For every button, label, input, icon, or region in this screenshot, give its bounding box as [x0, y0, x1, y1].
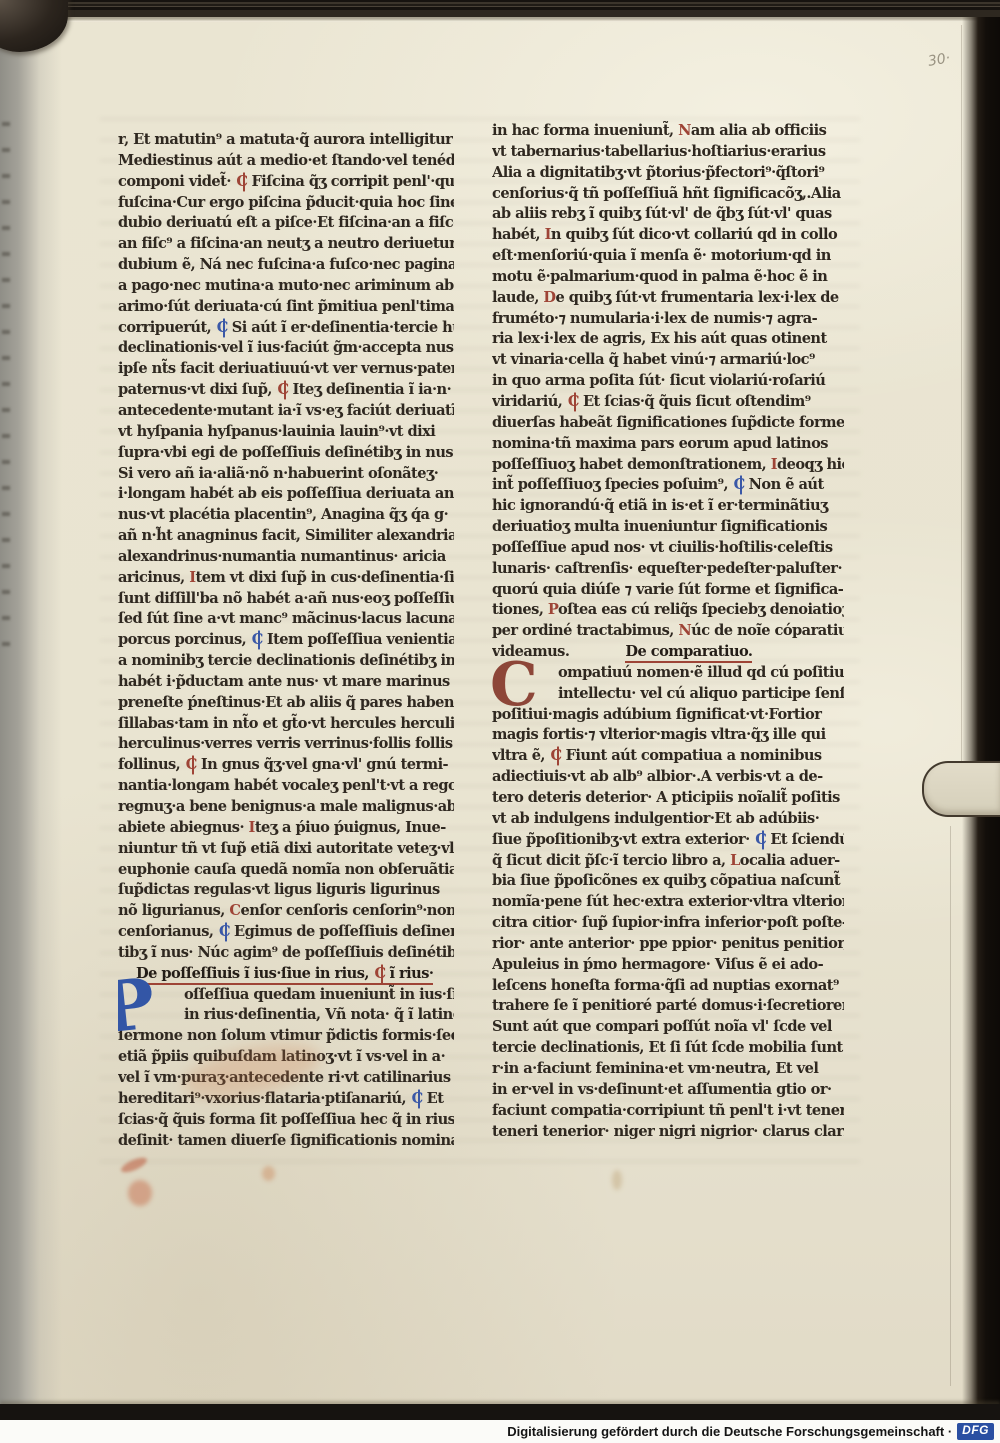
text-line: ſcias·q̃ q̃uis forma ſit poſſeſſiua hec … — [118, 1110, 454, 1131]
red-paragraph-mark: C — [186, 755, 197, 777]
text-line: De poſſeſſiuis ĩ ius·ſiue in rius, Cĩ ri… — [118, 964, 454, 985]
red-touched-letter: I — [545, 226, 551, 243]
text-line: in quo arma poſita ſút· ſicut violariú·r… — [492, 371, 844, 392]
text-line: intellectu· vel cú aliquo participe ſenſ… — [492, 684, 844, 705]
red-paragraph-mark: C — [374, 963, 385, 985]
text-line: etiã p̃piis quibuſdam latinoʒ·vt ĩ vs·ve… — [118, 1047, 454, 1068]
text-line: r, Et matutin⁹ a matuta·q̃ aurora intell… — [118, 130, 454, 151]
text-line: a pago·nec mutina·a muto·nec ariminum ab — [118, 276, 454, 297]
bookmark-tab — [922, 761, 1000, 817]
text-line: diuerſas habeãt ſignificationes ſup̃dict… — [492, 413, 844, 434]
text-line: ſupra·vbi egi de poſſeſſiuis deſinétibʒ … — [118, 443, 454, 464]
rubricated-heading: De comparatiuo. — [625, 643, 752, 663]
text-line: tiones, Poſtea eas cú reliq̃s ſpeciebʒ d… — [492, 600, 844, 621]
red-paragraph-mark: C — [568, 391, 579, 413]
text-line: rior· ante anterior· ppe ppior· penitus … — [492, 934, 844, 955]
text-line: trahere ſe ĩ penitioré parté domus·i·ſec… — [492, 996, 844, 1017]
text-line: alexandrinus·numantia numantinus· aricia — [118, 547, 454, 568]
text-line: ria lex·i·lex de agris, Ex his aút quas … — [492, 329, 844, 350]
rubricated-heading: De poſſeſſiuis ĩ ius·ſiue in rius, Cĩ ri… — [136, 965, 433, 985]
red-touched-letter: N — [678, 122, 691, 139]
text-line: Alia a dignitatibʒ·vt p̃torius·p̃fectori… — [492, 163, 844, 184]
text-line: ſillabas·tam in nt̃o et gt̃o·vt hercules… — [118, 714, 454, 735]
blue-paragraph-mark: C — [734, 475, 745, 497]
red-touched-letter: C — [229, 902, 240, 919]
text-line: bia ſiue p̃poſicõnes ex quibʒ cõpatiua n… — [492, 871, 844, 892]
text-line: poſſeſſiuoʒ habet demonſtrationem, Ideoq… — [492, 455, 844, 476]
text-line: declinationis·vel ĩ ius·faciút g̃m·accep… — [118, 338, 454, 359]
text-line: in rius·deſinentia, Vñ nota· q̃ ĩ latino — [118, 1005, 454, 1026]
text-line: arimo·ſút deriuata·cú ſint p̃mitiua penl… — [118, 297, 454, 318]
initial-block: Compatiuú nomen·ẽ illud qd cú poſitiuiin… — [492, 663, 844, 705]
text-line: teneri tenerior· niger nigri nigrior· cl… — [492, 1122, 844, 1143]
text-line: a nominibʒ tercie declinationis deſinéti… — [118, 651, 454, 672]
red-paragraph-mark: C — [551, 746, 562, 768]
text-line: an fiſc⁹ a fiſcina·an neutʒ a neutro der… — [118, 234, 454, 255]
text-line: porcus porcinus, CItem poſſeſſiua venien… — [118, 630, 454, 651]
text-line: nantia·longam habét vocaleʒ penl't·vt a … — [118, 776, 454, 797]
text-line: quorú quia diúſe ⁊ varie ſút forme et ſi… — [492, 580, 844, 601]
text-line: leſcens honeſta forma·q̃ſi ad nuptias ex… — [492, 976, 844, 997]
text-line: paternus·vt dixi ſup̃, CIteʒ deſinentia … — [118, 380, 454, 401]
text-line: hic ignorandú·q̃ etiã in is·et ĩ er·term… — [492, 496, 844, 517]
text-line: niuntur tñ vt ſup̃ etiã dixi autoritate … — [118, 839, 454, 860]
text-line: follinus, CIn gnus q̃ʒ·vel gna·vl' gnú t… — [118, 755, 454, 776]
text-line: eſt·menſoriú·quia ĩ menſa ẽ· motorium·qd… — [492, 246, 844, 267]
text-line: añ n·h̃t anagninus facit, Similiter alex… — [118, 526, 454, 547]
text-line: faciunt compatia·corripiunt tñ penl't i·… — [492, 1101, 844, 1122]
text-line: nus·vt placétia placentin⁹, Anagina q̃ʒ … — [118, 505, 454, 526]
text-line: Sunt aút que compari poſſút noĩa vl' ſcd… — [492, 1017, 844, 1038]
text-line: lunaris· caſtrenſis· equeſter·pedeſter·p… — [492, 559, 844, 580]
text-line: Si vero añ ia·aliã·nõ n·habuerint oſonãt… — [118, 464, 454, 485]
text-line: ſermone non ſolum vtimur p̃dictis formis… — [118, 1026, 454, 1047]
text-line: Apuleius in ṕmo hermagore· Viſus ẽ ei ad… — [492, 955, 844, 976]
text-line: regnuʒ·a bene benignus·a male malignus·a… — [118, 797, 454, 818]
text-line: euphonie cauſa quedã nomĩa non obſeruãti… — [118, 860, 454, 881]
text-line: magis fortis·⁊ vlterior·magis vltra·q̃ʒ … — [492, 725, 844, 746]
text-line: int̃ poſſeſſiuoʒ ſpecies poſuim⁹, CNon ẽ… — [492, 475, 844, 496]
red-touched-letter: N — [678, 622, 691, 639]
text-line: nomĩa·pene ſút hec·extra exterior·vltra … — [492, 892, 844, 913]
text-line: ſup̃dictas regulas·vt ligus liguris ligu… — [118, 880, 454, 901]
text-line: aricinus, Item vt dixi ſup̃ in cus·deſin… — [118, 568, 454, 589]
text-line: preneſte ṕneſtinus·Et ab aliis q̃ pares … — [118, 693, 454, 714]
text-line: vt tabernarius·tabellarius·hoſtiarius·er… — [492, 142, 844, 163]
text-line: poſſeſſiue apud nos· vt ciuilis·hoſtilis… — [492, 538, 844, 559]
red-touched-letter: I — [189, 569, 195, 586]
book-top-edge — [0, 0, 1000, 17]
book-fore-edge — [962, 17, 1000, 1407]
text-line: ompatiuú nomen·ẽ illud qd cú poſitiui — [492, 663, 844, 684]
text-line: q̃ ſicut dicit p̃ſc·ĩ tercio libro a, Lo… — [492, 851, 844, 872]
text-line: ab aliis rebʒ ĩ quibʒ ſút·vl' de q̃bʒ ſú… — [492, 204, 844, 225]
text-line: nõ ligurianus, Cenſor cenſoris cenſorin⁹… — [118, 901, 454, 922]
red-paragraph-mark: C — [236, 171, 247, 193]
red-touched-letter: D — [543, 289, 555, 306]
text-column-left: r, Et matutin⁹ a matuta·q̃ aurora intell… — [118, 130, 454, 1151]
red-touched-letter: L — [730, 852, 740, 869]
illuminated-initial-P: P — [118, 976, 157, 1035]
text-line: in er·vel in vs·deſinunt·et aſſumentia g… — [492, 1080, 844, 1101]
text-line: i·longam habét ab eis poſſeſſiua deriuat… — [118, 484, 454, 505]
text-line: tercie declinationis, Et ſi ſút ſcde mob… — [492, 1038, 844, 1059]
red-touched-letter: I — [771, 456, 777, 473]
text-line: in hac forma inueniunt̃, Nam alia ab off… — [492, 121, 844, 142]
text-line: ſed ſút ſine a·vt manc⁹ mãcinus·lacus la… — [118, 609, 454, 630]
text-line: per ordiné tractabimus, Núc de noĩe cópa… — [492, 621, 844, 642]
text-line: vt ab indulgens indulgentior·Et ab adúbi… — [492, 809, 844, 830]
text-line: citra citior· ſup̃ ſupior·infra inferior… — [492, 913, 844, 934]
text-line: nomina·tñ maxima pars eorum apud latinos — [492, 434, 844, 455]
text-line: fruméto·⁊ numularia·i·lex de numis·⁊ agr… — [492, 309, 844, 330]
text-line: vt vinaria·cella q̃ habet vinú·⁊ armariú… — [492, 350, 844, 371]
blue-paragraph-mark: C — [252, 630, 263, 652]
text-line: hereditari⁹·vxorius·flataria·ptiſanariú,… — [118, 1089, 454, 1110]
text-line: tero deteris deterior· A pticipiis noĩal… — [492, 788, 844, 809]
text-line: fuſcina·Cur ergo piſcina p̃ducit·quia ho… — [118, 193, 454, 214]
text-line: vel ĩ vm·puraʒ·antecedente ri·vt catilin… — [118, 1068, 454, 1089]
text-line: ſunt diſſill'ba nõ habét a·añ nus·eoʒ po… — [118, 589, 454, 610]
text-line: corripuerút, CSi aút ĩ er·deſinentia·ter… — [118, 318, 454, 339]
text-line: cenſorius·q̃ tñ poſſeſſiuã hñt ſignifica… — [492, 184, 844, 205]
text-line: deſinit· tamen diuerſe ſignificationis n… — [118, 1131, 454, 1152]
red-paragraph-mark: C — [277, 380, 288, 402]
text-line: dubium ẽ, Ná nec fuſcina·a fuſco·nec pag… — [118, 255, 454, 276]
text-line: ipſe nt̃s facit deriuatiuuú·vt ver vernu… — [118, 359, 454, 380]
text-line: dubio deriuatú eſt a piſce·Et fiſcina·an… — [118, 213, 454, 234]
blue-paragraph-mark: C — [217, 317, 228, 339]
text-line: oſſeſſiua quedam inueniunt̃ in ius·ſiue — [118, 985, 454, 1006]
digitization-footer: Digitalisierung gefördert durch die Deut… — [0, 1420, 1000, 1443]
dfg-logo: DFG — [957, 1423, 994, 1440]
text-line: vltra ẽ, CFiunt aút compatiua a nominibu… — [492, 746, 844, 767]
book-bottom-edge — [0, 1404, 1000, 1420]
text-line: abiete abiegnus· Iteʒ a ṕiuo ṕuignus, In… — [118, 818, 454, 839]
text-line: laude, De quibʒ ſút·vt frumentaria lex·i… — [492, 288, 844, 309]
gutter-shadow — [0, 12, 62, 1404]
text-line: habét i·p̃ductam ante nus· vt mare marin… — [118, 672, 454, 693]
text-line: antecedente·mutant ia·ĩ vs·eʒ faciút der… — [118, 401, 454, 422]
text-line: habét, In quibʒ ſút dico·vt collariú qd … — [492, 225, 844, 246]
text-line: componi videt̃· CFiſcina q̃ʒ corripit pe… — [118, 172, 454, 193]
text-line: vt hyſpania hyſpanus·lauinia lauin⁹·vt d… — [118, 422, 454, 443]
text-line: deriuatioʒ multa inueniuntur ſignificati… — [492, 517, 844, 538]
illuminated-initial-C: C — [492, 661, 537, 709]
blue-paragraph-mark: C — [412, 1088, 423, 1110]
text-line: motu ẽ·palmarium·quod in palma ẽ·hoc ẽ i… — [492, 267, 844, 288]
text-line: tibʒ ĩ nus· Núc agim⁹ de poſſeſſiuis deſ… — [118, 943, 454, 964]
footer-credit: Digitalisierung gefördert durch die Deut… — [507, 1424, 952, 1439]
text-line: poſitiui·magis adúbium ſignificat·vt·For… — [492, 705, 844, 726]
page-crease-line — [950, 826, 951, 1386]
red-touched-letter: P — [548, 601, 558, 618]
text-line: viridariú, CEt ſcias·q̃ q̃uis ſicut oſte… — [492, 392, 844, 413]
text-line: Mediestinus aút a medio·et ſtando·vel te… — [118, 151, 454, 172]
text-line: cenſorianus, CEgimus de poſſeſſiuis deſi… — [118, 922, 454, 943]
initial-block: Poſſeſſiua quedam inueniunt̃ in ius·ſiue… — [118, 985, 454, 1027]
text-line: r·in a·faciunt feminina·et vm·neutra, Et… — [492, 1059, 844, 1080]
blue-paragraph-mark: C — [219, 922, 230, 944]
blue-paragraph-mark: C — [755, 829, 766, 851]
text-line: videamus.De comparatiuo. — [492, 642, 844, 663]
red-touched-letter: I — [249, 819, 255, 836]
manuscript-scan-page: 30· r, Et matutin⁹ a matuta·q̃ aurora in… — [0, 0, 1000, 1443]
text-line: herculinus·verres verris verrinus·follis… — [118, 734, 454, 755]
text-line: adiectiuis·vt ab alb⁹ albior·.A verbis·v… — [492, 767, 844, 788]
text-column-right: in hac forma inueniunt̃, Nam alia ab off… — [492, 121, 844, 1142]
text-line: ſiue p̃poſitionibʒ·vt extra exterior· CE… — [492, 830, 844, 851]
